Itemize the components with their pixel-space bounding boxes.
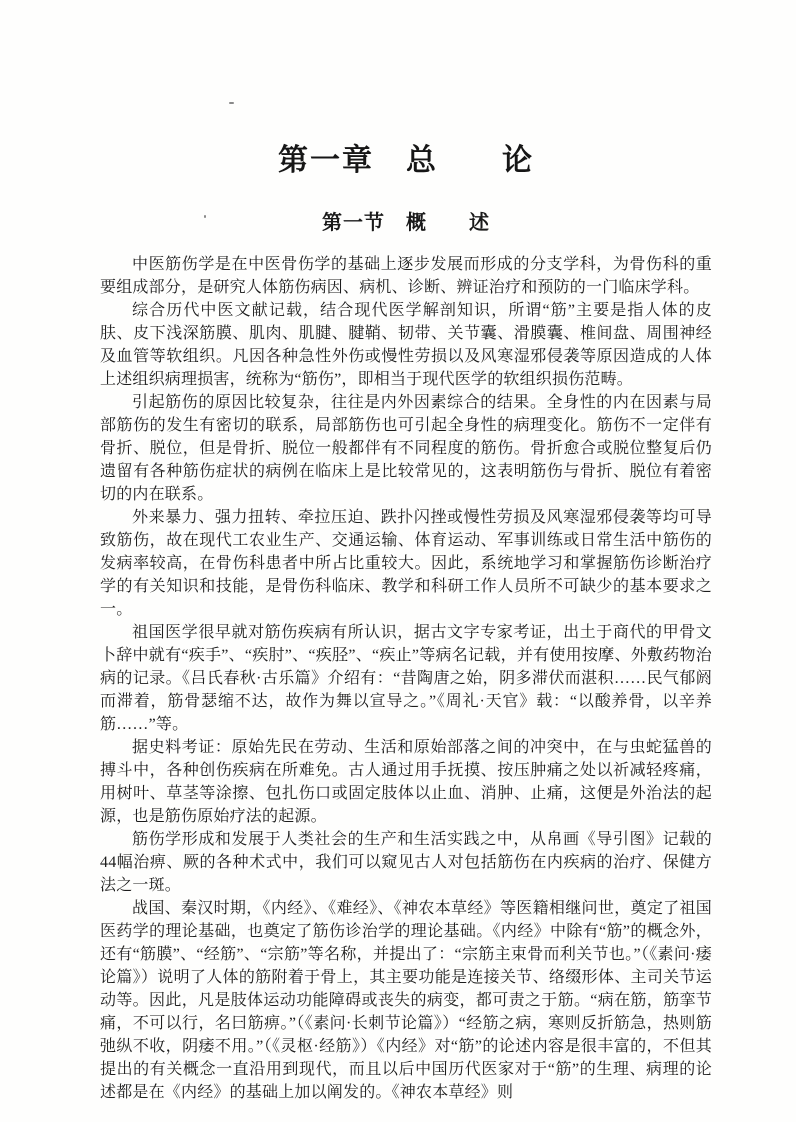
body-text: 中医筋伤学是在中医骨伤学的基础上逐步发展而形成的分支学科，为骨伤科的重要组成部分… (100, 253, 712, 1104)
paragraph-daoyin-tu: 筋伤学形成和发展于人类社会的生产和生活实践之中，从帛画《导引图》记载的44幅治痹… (100, 828, 712, 897)
chapter-title: 第一章 总 论 (100, 0, 712, 181)
book-page: 第一章 总 论 第一节 概 述 中医筋伤学是在中医骨伤学的基础上逐步发展而形成的… (0, 0, 796, 1122)
paragraph-causes-internal-external: 引起筋伤的原因比较复杂，往往是内外因素综合的结果。全身性的内在因素与局部筋伤的发… (100, 391, 712, 506)
paragraph-warring-states-classics: 战国、秦汉时期，《内经》、《难经》、《神农本草经》等医籍相继问世，奠定了祖国医药… (100, 897, 712, 1104)
paragraph-oracle-bone-records: 祖国医学很早就对筋伤疾病有所认识，据古文字专家考证，出土于商代的甲骨文卜辞中就有… (100, 621, 712, 736)
section-title: 第一节 概 述 (100, 210, 712, 236)
paragraph-intro: 中医筋伤学是在中医骨伤学的基础上逐步发展而形成的分支学科，为骨伤科的重要组成部分… (100, 253, 712, 299)
paragraph-origin-of-external-treatment: 据史料考证：原始先民在劳动、生活和原始部落之间的冲突中，在与虫蛇猛兽的搏斗中，各… (100, 736, 712, 828)
paragraph-incidence-importance: 外来暴力、强力扭转、牵拉压迫、跌扑闪挫或慢性劳损及风寒湿邪侵袭等均可导致筋伤，故… (100, 506, 712, 621)
page-content: 第一章 总 论 第一节 概 述 中医筋伤学是在中医骨伤学的基础上逐步发展而形成的… (100, 0, 712, 1104)
paragraph-definition-of-jin: 综合历代中医文献记载，结合现代医学解剖知识，所谓“筋”主要是指人体的皮肤、皮下浅… (100, 299, 712, 391)
